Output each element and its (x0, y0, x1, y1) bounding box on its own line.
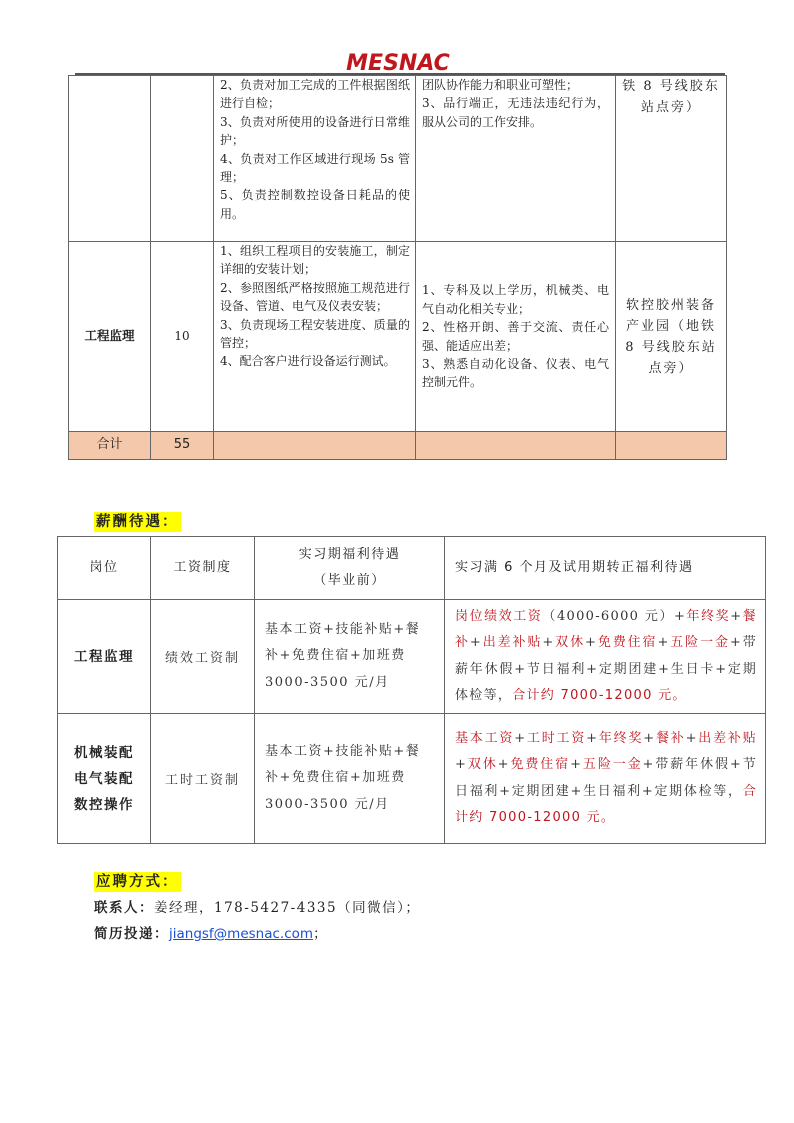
highlighted-benefit: 双休 (467, 757, 497, 772)
duties-cell: 1、组织工程项目的安装施工，制定详细的安装计划； 2、参照图纸严格按照施工规范进… (214, 242, 416, 432)
highlighted-benefit: 年终奖 (686, 609, 730, 624)
contact-value: 姜经理，178-5427-4335（同微信）； (154, 900, 420, 916)
benefit-text: + (470, 635, 482, 650)
role-cell: 机械装配 电气装配 数控操作 (58, 714, 151, 844)
intern-line: 基本工资+技能补贴+餐 (265, 617, 444, 644)
benefit-text: + (498, 757, 510, 772)
highlighted-benefit: 免费住宿 (510, 757, 570, 772)
benefit-text: + (570, 757, 582, 772)
full-benefits-cell: 岗位绩效工资（4000-6000 元）+年终奖+餐补+出差补贴+双休+免费住宿+… (445, 600, 766, 714)
intern-line: 补+免费住宿+加班费 (265, 765, 444, 792)
role-name: 数控操作 (58, 792, 150, 818)
role-name: 机械装配 (58, 740, 150, 766)
total-label: 合计 (69, 432, 151, 460)
benefit-text: （4000-6000 元）+ (542, 609, 686, 624)
location-cell: 软控胶州装备产业园（地铁 8 号线胶东站点旁） (616, 242, 727, 432)
intern-line: 3000-3500 元/月 (265, 670, 444, 697)
header-full-benefits: 实习满 6 个月及试用期转正福利待遇 (445, 537, 766, 600)
empty-cell (416, 432, 616, 460)
benefit-text: + (730, 609, 742, 624)
table-row: 工程监理 绩效工资制 基本工资+技能补贴+餐 补+免费住宿+加班费 3000-3… (58, 600, 766, 714)
position-cell: 工程监理 (69, 242, 151, 432)
header-wage-system: 工资制度 (151, 537, 255, 600)
benefit-text: + (657, 635, 669, 650)
highlighted-benefit: 出差补贴 (482, 635, 542, 650)
total-count: 55 (151, 432, 214, 460)
benefit-text: + (586, 731, 598, 746)
empty-cell (616, 432, 727, 460)
duty-line: 5、负责控制数控设备日耗品的使用。 (220, 186, 410, 223)
intern-benefits-cell: 基本工资+技能补贴+餐 补+免费住宿+加班费 3000-3500 元/月 (255, 600, 445, 714)
highlighted-benefit: 免费住宿 (597, 635, 657, 650)
duty-line: 2、参照图纸严格按照施工规范进行设备、管道、电气及仪表安装； (220, 279, 410, 316)
duty-line: 1、组织工程项目的安装施工，制定详细的安装计划； (220, 242, 410, 279)
duty-line: 4、配合客户进行设备运行测试。 (220, 352, 410, 370)
salary-section-title: 薪酬待遇： (94, 512, 181, 532)
requirements-cell: 团队协作能力和职业可塑性； 3、品行端正，无违法违纪行为，服从公司的工作安排。 (416, 76, 616, 242)
resume-email-link[interactable]: jiangsf@mesnac.com (169, 926, 313, 942)
highlighted-benefit: 餐补 (655, 731, 685, 746)
position-cell (69, 76, 151, 242)
empty-cell (214, 432, 416, 460)
intern-benefits-cell: 基本工资+技能补贴+餐 补+免费住宿+加班费 3000-3500 元/月 (255, 714, 445, 844)
header-intern-subtitle: （毕业前） (255, 568, 444, 594)
jobs-table: 2、负责对加工完成的工件根据图纸进行自检； 3、负责对所使用的设备进行日常维护；… (68, 75, 727, 460)
requirement-line: 团队协作能力和职业可塑性； (422, 76, 609, 94)
highlighted-benefit: 五险一金 (670, 635, 730, 650)
header-position: 岗位 (58, 537, 151, 600)
table-row: 工程监理 10 1、组织工程项目的安装施工，制定详细的安装计划； 2、参照图纸严… (69, 242, 727, 432)
benefit-text: + (686, 731, 698, 746)
requirement-line: 2、性格开朗、善于交流、责任心强、能适应出差； (422, 318, 609, 355)
role-cell: 工程监理 (58, 600, 151, 714)
contact-line: 联系人：姜经理，178-5427-4335（同微信）； (94, 897, 420, 919)
highlighted-benefit: 工时工资 (526, 731, 586, 746)
benefit-text: + (542, 635, 554, 650)
full-benefits-cell: 基本工资+工时工资+年终奖+餐补+出差补贴+双休+免费住宿+五险一金+带薪年休假… (445, 714, 766, 844)
highlighted-benefit: 合计约 7000-12000 元。 (512, 688, 687, 703)
header-intern-benefits: 实习期福利待遇 （毕业前） (255, 537, 445, 600)
table-row: 机械装配 电气装配 数控操作 工时工资制 基本工资+技能补贴+餐 补+免费住宿+… (58, 714, 766, 844)
total-row: 合计 55 (69, 432, 727, 460)
benefit-text: + (585, 635, 597, 650)
highlighted-benefit: 出差补贴 (698, 731, 757, 746)
intern-line: 基本工资+技能补贴+餐 (265, 739, 444, 766)
wage-system-cell: 工时工资制 (151, 714, 255, 844)
table-row: 2、负责对加工完成的工件根据图纸进行自检； 3、负责对所使用的设备进行日常维护；… (69, 76, 727, 242)
benefit-text: + (643, 731, 655, 746)
location-cell: 铁 8 号线胶东站点旁） (616, 76, 727, 242)
duties-cell: 2、负责对加工完成的工件根据图纸进行自检； 3、负责对所使用的设备进行日常维护；… (214, 76, 416, 242)
resume-line: 简历投递：jiangsf@mesnac.com； (94, 923, 328, 945)
duty-line: 4、负责对工作区域进行现场 5s 管理； (220, 150, 410, 187)
duty-line: 2、负责对加工完成的工件根据图纸进行自检； (220, 76, 410, 113)
header-intern-title: 实习期福利待遇 (255, 542, 444, 568)
resume-label: 简历投递： (94, 926, 169, 942)
benefit-text: + (514, 731, 526, 746)
highlighted-benefit: 岗位绩效工资 (455, 609, 542, 624)
highlighted-benefit: 基本工资 (455, 731, 514, 746)
duty-line: 3、负责现场工程安装进度、质量的管控； (220, 316, 410, 353)
wage-system-cell: 绩效工资制 (151, 600, 255, 714)
highlighted-benefit: 年终奖 (598, 731, 643, 746)
highlighted-benefit: 五险一金 (582, 757, 642, 772)
resume-suffix: ； (313, 926, 328, 942)
requirements-cell: 1、专科及以上学历，机械类、电气自动化相关专业； 2、性格开朗、善于交流、责任心… (416, 242, 616, 432)
count-cell (151, 76, 214, 242)
duty-line: 3、负责对所使用的设备进行日常维护； (220, 113, 410, 150)
salary-table: 岗位 工资制度 实习期福利待遇 （毕业前） 实习满 6 个月及试用期转正福利待遇… (57, 536, 766, 844)
intern-line: 3000-3500 元/月 (265, 792, 444, 819)
contact-label: 联系人： (94, 900, 154, 916)
highlighted-benefit: 双休 (555, 635, 585, 650)
requirement-line: 3、熟悉自动化设备、仪表、电气控制元件。 (422, 355, 609, 392)
salary-header-row: 岗位 工资制度 实习期福利待遇 （毕业前） 实习满 6 个月及试用期转正福利待遇 (58, 537, 766, 600)
requirement-line: 3、品行端正，无违法违纪行为，服从公司的工作安排。 (422, 94, 609, 131)
apply-section-title: 应聘方式： (94, 872, 181, 892)
role-name: 电气装配 (58, 766, 150, 792)
intern-line: 补+免费住宿+加班费 (265, 643, 444, 670)
role-name: 工程监理 (58, 644, 150, 670)
count-cell: 10 (151, 242, 214, 432)
requirement-line: 1、专科及以上学历，机械类、电气自动化相关专业； (422, 281, 609, 318)
benefit-text: + (455, 757, 467, 772)
